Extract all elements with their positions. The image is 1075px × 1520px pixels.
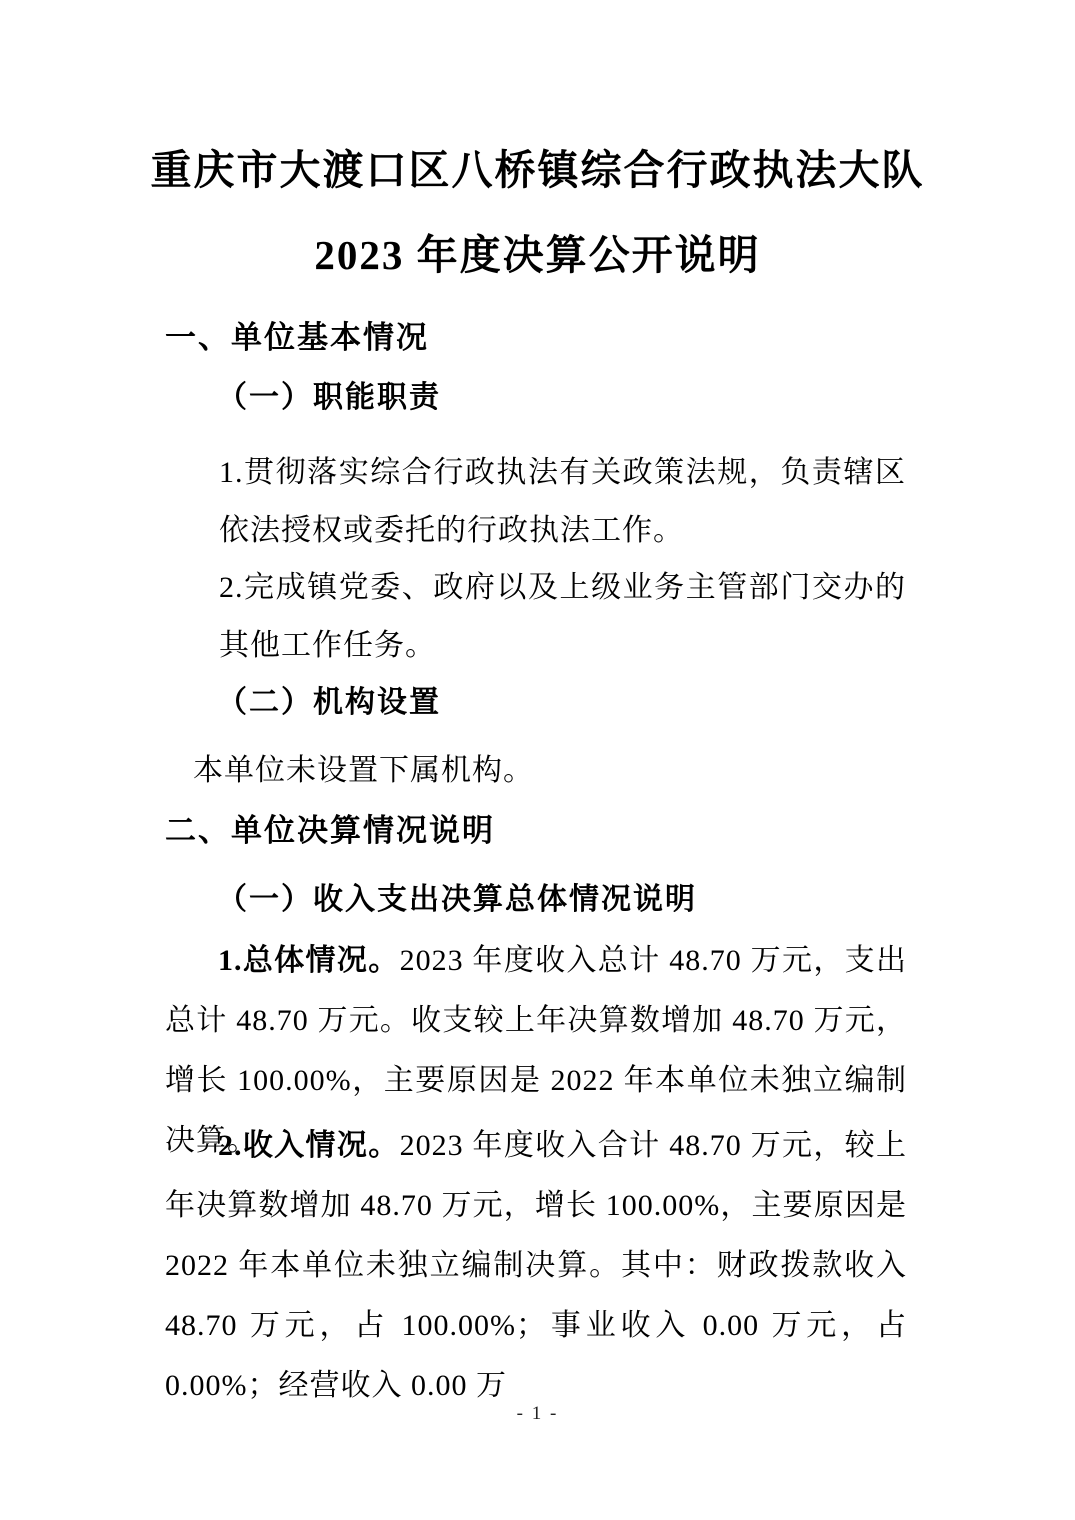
doc-title-line1: 重庆市大渡口区八桥镇综合行政执法大队 <box>0 142 1075 198</box>
paragraph-income-lead: 2.收入情况。 <box>218 1129 400 1162</box>
subsection-heading-duties: （一）职能职责 <box>217 378 907 418</box>
duty-item-2: 2.完成镇党委、政府以及上级业务主管部门交办的其他工作任务。 <box>219 559 906 674</box>
paragraph-overall-lead: 1.总体情况。 <box>218 944 400 977</box>
paragraph-org-setup: 本单位未设置下属机构。 <box>165 742 907 800</box>
duty-item-1: 1.贯彻落实综合行政执法有关政策法规，负责辖区依法授权或委托的行政执法工作。 <box>219 444 906 559</box>
duties-list: 1.贯彻落实综合行政执法有关政策法规，负责辖区依法授权或委托的行政执法工作。 2… <box>219 444 906 674</box>
subsection-heading-overview: （一）收入支出决算总体情况说明 <box>217 880 907 920</box>
doc-title-line2: 2023 年度决算公开说明 <box>0 227 1075 283</box>
paragraph-income-body: 2023 年度收入合计 48.70 万元，较上年决算数增加 48.70 万元，增… <box>165 1129 907 1402</box>
paragraph-income-situation: 2.收入情况。2023 年度收入合计 48.70 万元，较上年决算数增加 48.… <box>165 1116 907 1416</box>
page-number: - 1 - <box>0 1402 1075 1426</box>
section-heading-budget-statement: 二、单位决算情况说明 <box>165 811 907 851</box>
document-page: 重庆市大渡口区八桥镇综合行政执法大队 2023 年度决算公开说明 一、单位基本情… <box>0 0 1075 1520</box>
subsection-heading-org-setup: （二）机构设置 <box>217 683 907 723</box>
section-heading-unit-info: 一、单位基本情况 <box>165 318 907 358</box>
